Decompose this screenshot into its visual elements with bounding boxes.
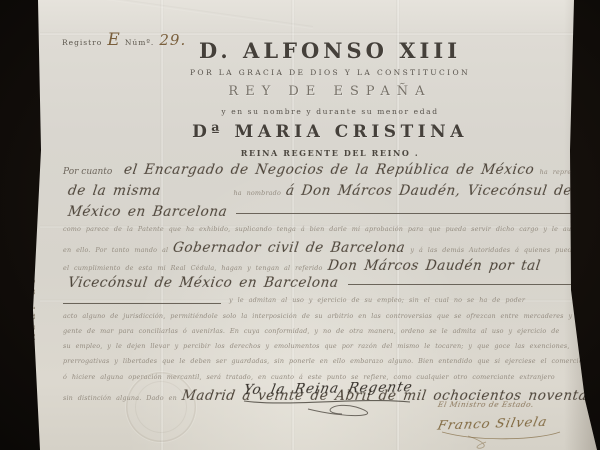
body-segment: ha nombrado: [234, 189, 281, 197]
minister-title: El Ministro de Estado.: [437, 400, 535, 409]
body-segment: ha representado que: [540, 168, 600, 176]
fill-in-rule: [63, 303, 221, 304]
body-line: como parece de la Patente que ha exhibid…: [63, 225, 577, 239]
embossed-seal-icon: [126, 372, 196, 442]
body-line: gente de mar para conciliarlas ó avenirl…: [63, 327, 577, 341]
body-segment: gente de mar para conciliarlas ó avenirl…: [63, 327, 559, 335]
body-segment: Por cuanto: [63, 167, 112, 177]
body-segment: el cumplimiento de esta mi Real Cédula, …: [63, 264, 323, 272]
body-segment: el Encargado de Negocios de la República…: [123, 162, 536, 178]
name-line: y en su nombre y durante su menor edad: [110, 107, 550, 116]
body-segment: acto alguno de jurisdicción, permitiéndo…: [63, 312, 572, 320]
body-line: prerrogativas y libertades que le deben …: [63, 357, 577, 371]
royal-header: D. ALFONSO XIII POR LA GRACIA DE DIOS Y …: [110, 38, 550, 158]
regent-name: Dª MARIA CRISTINA: [110, 122, 550, 142]
rey-de-espana: REY DE ESPAÑA: [110, 84, 550, 99]
body-segment: Gobernador civil de Barcelona: [172, 240, 406, 256]
body-segment: su empleo, y le dejen llevar y percibir …: [63, 342, 570, 350]
body-segment: á Don Márcos Daudén, Vicecónsul de: [285, 183, 573, 199]
body-segment: como parece de la Patente que ha exhibid…: [63, 225, 590, 233]
body-line: el cumplimiento de esta mi Real Cédula, …: [63, 258, 577, 274]
minister-signature: Franco Silvela: [436, 415, 549, 434]
body-line: su empleo, y le dejen llevar y percibir …: [63, 342, 577, 356]
body-lines: Por cuantoel Encargado de Negocios de la…: [63, 162, 577, 406]
body-line: México en Barcelona: [63, 204, 577, 223]
regent-signature: Yo la Reina Regente: [228, 378, 428, 421]
body-segment: Vicecónsul de México en Barcelona: [67, 275, 340, 291]
body-segment: en ello. Por tanto mando al: [63, 246, 168, 254]
fold-crease: [85, 0, 313, 29]
body-line: de la mismaha nombradoá Don Márcos Daudé…: [63, 183, 577, 202]
margin-note: Vicecónsul de México: [24, 138, 38, 400]
minister-block: El Ministro de Estado. Franco Silvela: [438, 392, 588, 450]
signature-flourish: [238, 395, 418, 421]
grace-line: POR LA GRACIA DE DIOS Y LA CONSTITUCION: [110, 68, 550, 77]
body-line: en ello. Por tanto mando alGobernador ci…: [63, 240, 577, 256]
body-segment: México en Barcelona: [67, 204, 229, 220]
photo-backdrop: Registro E Númº. 29. D. ALFONSO XIII POR…: [0, 0, 600, 450]
body-line: y le admitan al uso y ejercicio de su em…: [63, 296, 577, 310]
body-line: Por cuantoel Encargado de Negocios de la…: [63, 162, 577, 181]
registro-label: Registro: [62, 38, 102, 47]
king-title: D. ALFONSO XIII: [110, 38, 550, 63]
embossed-seal-inner-ring: [135, 381, 187, 433]
body-line: acto alguno de jurisdicción, permitiéndo…: [63, 312, 577, 326]
body-segment: y á las demás Autoridades á quienes pued…: [410, 246, 598, 254]
regent-signature-text: Yo la Reina Regente: [242, 380, 414, 399]
fill-in-rule: [348, 284, 573, 285]
document-paper: Registro E Númº. 29. D. ALFONSO XIII POR…: [0, 0, 600, 450]
body-segment: prerrogativas y libertades que le deben …: [63, 357, 583, 365]
body-segment: Don Márcos Daudén por tal: [326, 258, 541, 274]
fill-in-rule: [236, 213, 573, 214]
body-segment: y le admitan al uso y ejercicio de su em…: [229, 296, 525, 304]
body-segment: de la misma: [67, 183, 162, 199]
regent-title-line: REINA REGENTE DEL REINO .: [110, 148, 550, 158]
body-line: Vicecónsul de México en Barcelona: [63, 275, 577, 294]
